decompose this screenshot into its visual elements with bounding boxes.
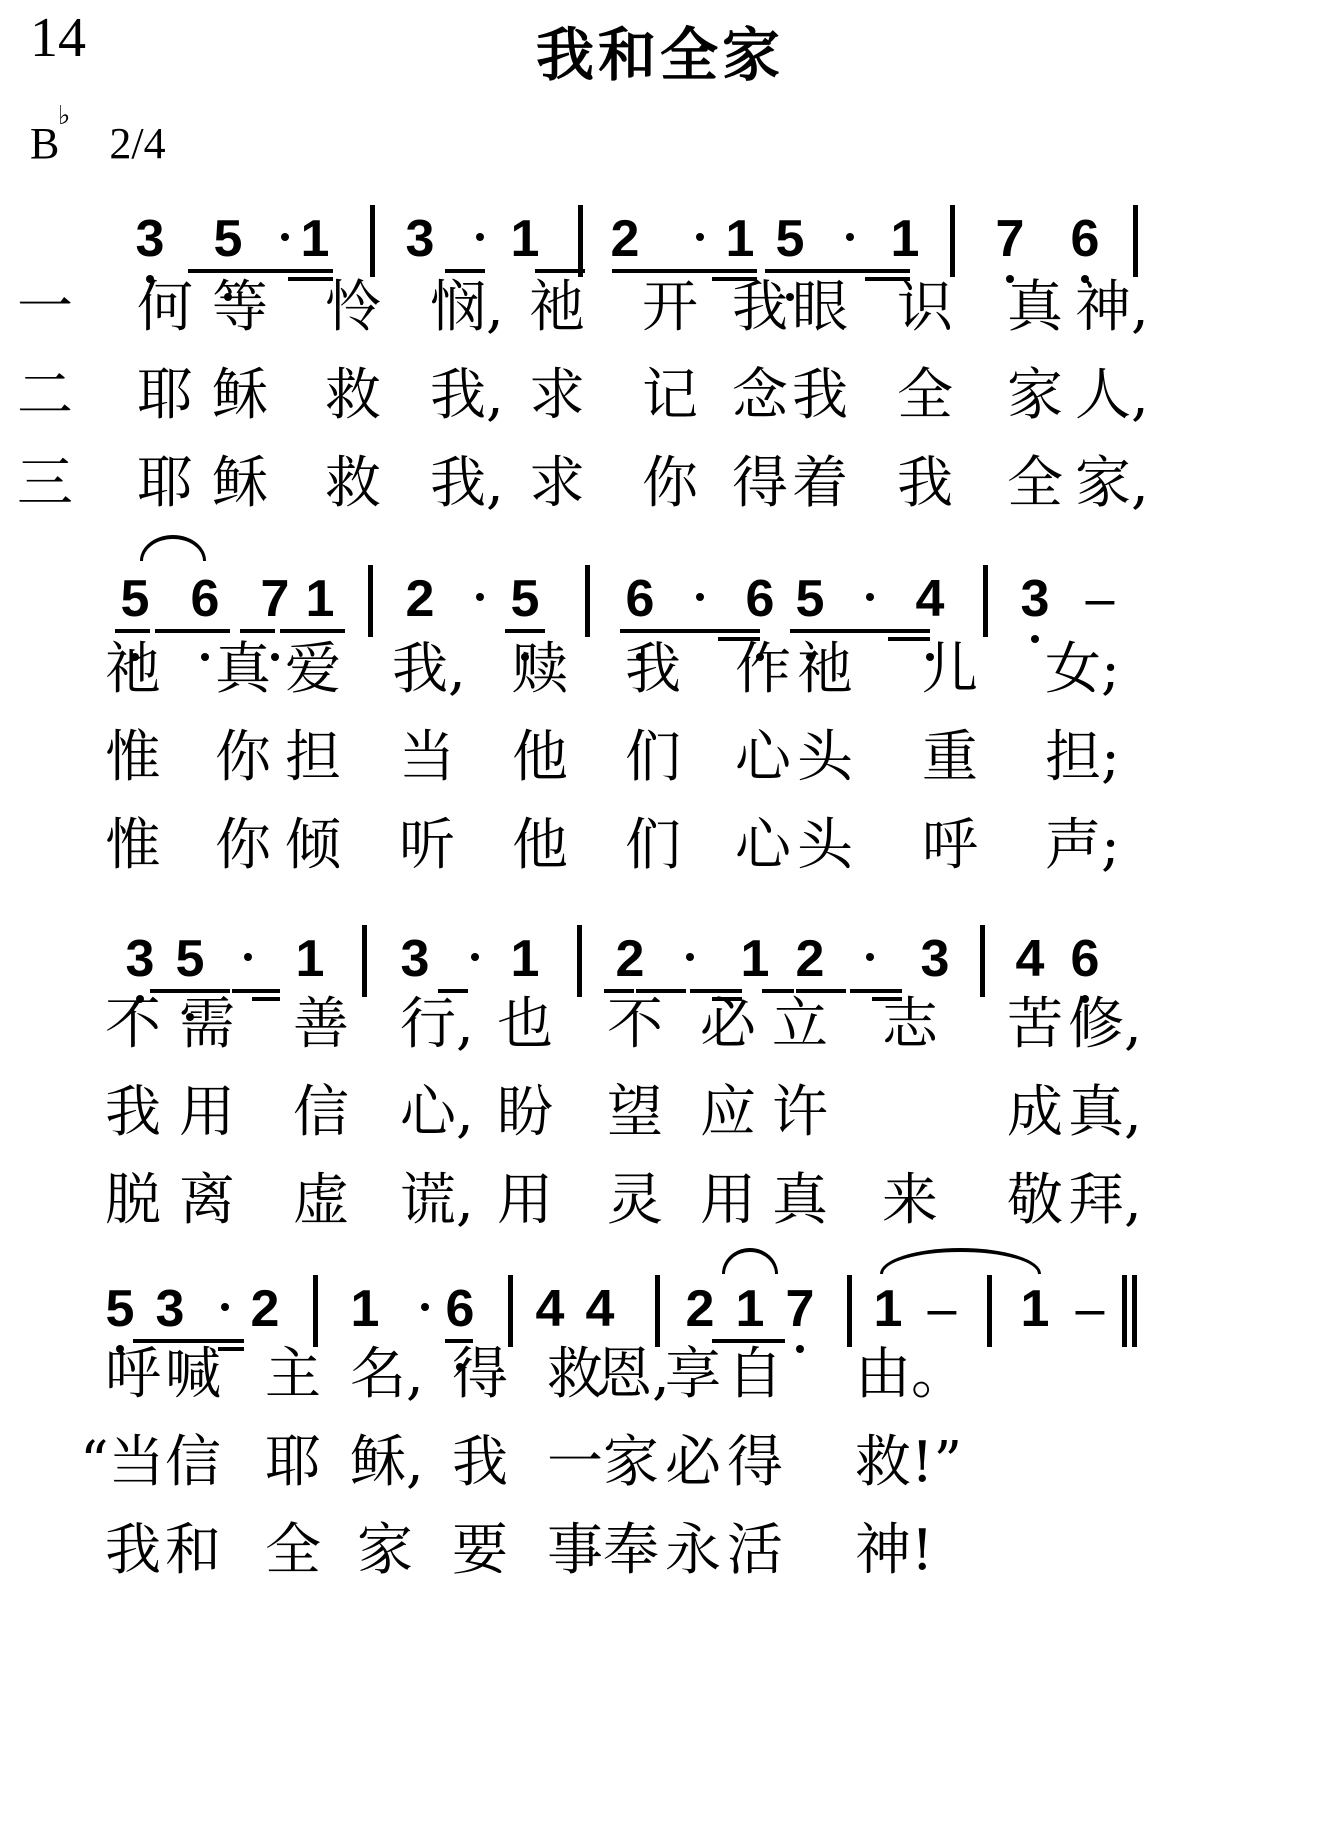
- lyric-syllable: 得: [720, 1423, 790, 1503]
- note: 7: [780, 1279, 820, 1339]
- lyric-syllable: 作: [728, 630, 798, 710]
- lyric-syllable: 呼: [915, 806, 985, 886]
- lyric-syllable: 全: [890, 356, 960, 436]
- note: 6: [620, 569, 660, 629]
- lyric-syllable: 你: [635, 444, 705, 524]
- note: 1: [300, 569, 340, 629]
- note: 4: [530, 1279, 570, 1339]
- lyric-syllable: 许: [765, 1073, 835, 1153]
- lyric-syllable: 稣: [205, 356, 275, 436]
- lyric-syllable: 眼: [785, 268, 855, 348]
- lyric-syllable: 女;: [1045, 630, 1115, 710]
- lyric-syllable: 拜,: [1068, 1161, 1138, 1241]
- lyric-syllable: 必: [693, 985, 763, 1065]
- lyric-syllable: 家: [350, 1511, 420, 1591]
- augmentation-dot: [866, 953, 874, 961]
- lyric-syllable: 我,: [392, 630, 462, 710]
- lyric-syllable: 望: [600, 1073, 670, 1153]
- note: 1: [290, 929, 330, 989]
- note: 1: [720, 209, 760, 269]
- lyric-syllable: 声;: [1045, 806, 1115, 886]
- lyric-syllable: 用: [172, 1073, 242, 1153]
- lyric-syllable: 等: [205, 268, 275, 348]
- lyric-syllable: 听: [392, 806, 462, 886]
- lyric-line: 祂真爱我,赎我作祂儿女;: [0, 630, 1320, 710]
- lyric-syllable: 用: [693, 1161, 763, 1241]
- verse-number: 三: [10, 444, 80, 524]
- note: 2: [790, 929, 830, 989]
- lyric-line: 我用信心,盼望应许成真,: [0, 1073, 1320, 1153]
- augmentation-dot: [846, 233, 854, 241]
- lyric-syllable: 家: [1000, 356, 1070, 436]
- lyric-syllable: 不: [98, 985, 168, 1065]
- sustain-dash: –: [1070, 1279, 1110, 1339]
- lyric-syllable: 记: [635, 356, 705, 436]
- lyric-syllable: 稣,: [350, 1423, 420, 1503]
- augmentation-dot: [696, 233, 704, 241]
- lyric-syllable: 成: [1000, 1073, 1070, 1153]
- note: 1: [505, 209, 545, 269]
- lyric-line: 惟你担当他们心头重担;: [0, 718, 1320, 798]
- lyric-syllable: 头: [790, 718, 860, 798]
- lyric-syllable: 惟: [98, 718, 168, 798]
- note: 1: [885, 209, 925, 269]
- lyric-syllable: 我: [890, 444, 960, 524]
- note: 1: [730, 1279, 770, 1339]
- slur-tie: [722, 1248, 778, 1274]
- note: 4: [1010, 929, 1050, 989]
- lyric-syllable: 稣: [205, 444, 275, 524]
- lyric-syllable: 来: [875, 1161, 945, 1241]
- lyric-syllable: 信: [286, 1073, 356, 1153]
- augmentation-dot: [421, 1303, 429, 1311]
- lyric-syllable: 耶: [130, 444, 200, 524]
- lyric-syllable: 神,: [1075, 268, 1145, 348]
- lyric-line: 一何等怜悯,祂开我眼识真神,: [0, 268, 1320, 348]
- lyric-syllable: 全: [1000, 444, 1070, 524]
- note: 5: [505, 569, 545, 629]
- key-and-time-signature: B♭2/4: [30, 118, 166, 169]
- lyric-syllable: 祂: [790, 630, 860, 710]
- lyric-syllable: 也: [490, 985, 560, 1065]
- note: 1: [868, 1279, 908, 1339]
- verse-number: 二: [10, 356, 80, 436]
- lyric-syllable: 谎,: [400, 1161, 470, 1241]
- barline: [950, 205, 955, 277]
- lyric-syllable: 灵: [600, 1161, 670, 1241]
- note: 3: [120, 929, 160, 989]
- lyric-syllable: 耶: [130, 356, 200, 436]
- augmentation-dot: [476, 593, 484, 601]
- augmentation-dot: [476, 233, 484, 241]
- lyric-syllable: 真: [765, 1161, 835, 1241]
- note: 2: [610, 929, 650, 989]
- lyric-syllable: 儿: [915, 630, 985, 710]
- lyric-line: 二耶稣救我,求记念我全家人,: [0, 356, 1320, 436]
- lyric-syllable: 怜: [318, 268, 388, 348]
- lyric-syllable: 心: [728, 806, 798, 886]
- augmentation-dot: [281, 233, 289, 241]
- lyric-syllable: 我: [445, 1423, 515, 1503]
- lyric-syllable: 用: [490, 1161, 560, 1241]
- flat-icon: ♭: [58, 101, 70, 131]
- note: 1: [295, 209, 335, 269]
- note: 6: [740, 569, 780, 629]
- key-signature: B♭: [30, 119, 59, 168]
- lyric-syllable: 志: [875, 985, 945, 1065]
- lyric-syllable: 惟: [98, 806, 168, 886]
- lyric-syllable: 自: [720, 1335, 790, 1415]
- lyric-syllable: 真: [208, 630, 278, 710]
- lyric-syllable: 永: [658, 1511, 728, 1591]
- song-title: 我和全家: [0, 8, 1320, 92]
- note: 5: [115, 569, 155, 629]
- note: 2: [605, 209, 645, 269]
- lyric-syllable: 担;: [1045, 718, 1115, 798]
- lyric-syllable: 救: [318, 444, 388, 524]
- lyric-syllable: 悯,: [430, 268, 500, 348]
- lyric-syllable: 当: [392, 718, 462, 798]
- lyric-syllable: 耶: [258, 1423, 328, 1503]
- note: 6: [1065, 209, 1105, 269]
- lyric-syllable: 爱: [278, 630, 348, 710]
- note: 4: [910, 569, 950, 629]
- lyric-syllable: 着: [785, 444, 855, 524]
- lyric-syllable: 真: [1000, 268, 1070, 348]
- lyric-line: 不需善行,也不必立志苦修,: [0, 985, 1320, 1065]
- note: 2: [245, 1279, 285, 1339]
- lyric-syllable: 脱: [98, 1161, 168, 1241]
- lyric-syllable: 们: [618, 718, 688, 798]
- lyric-syllable: 我,: [430, 356, 500, 436]
- lyric-syllable: 头: [790, 806, 860, 886]
- note: 1: [735, 929, 775, 989]
- lyric-line: 三耶稣救我,求你得着我全家,: [0, 444, 1320, 524]
- lyric-syllable: 担: [278, 718, 348, 798]
- note: 3: [400, 209, 440, 269]
- lyric-syllable: 虚: [286, 1161, 356, 1241]
- lyric-syllable: 和: [158, 1511, 228, 1591]
- lyric-syllable: 恩,: [596, 1335, 666, 1415]
- note: 1: [505, 929, 545, 989]
- lyric-syllable: 识: [890, 268, 960, 348]
- note: 3: [150, 1279, 190, 1339]
- lyric-line: 脱离虚谎,用灵用真来敬拜,: [0, 1161, 1320, 1241]
- lyric-syllable: 必: [658, 1423, 728, 1503]
- augmentation-dot: [696, 593, 704, 601]
- slur-tie: [140, 535, 206, 561]
- lyric-syllable: 他: [505, 718, 575, 798]
- lyric-syllable: 行,: [400, 985, 470, 1065]
- lyric-syllable: 要: [445, 1511, 515, 1591]
- lyric-syllable: 们: [618, 806, 688, 886]
- lyric-syllable: 善: [286, 985, 356, 1065]
- lyric-syllable: 我,: [430, 444, 500, 524]
- lyric-syllable: 敬: [1000, 1161, 1070, 1241]
- note: 5: [790, 569, 830, 629]
- slur-tie: [880, 1248, 1041, 1274]
- barline: [578, 205, 583, 277]
- lyric-syllable: 修,: [1068, 985, 1138, 1065]
- lyric-line: 惟你倾听他们心头呼声;: [0, 806, 1320, 886]
- note: 6: [440, 1279, 480, 1339]
- lyric-syllable: 他: [505, 806, 575, 886]
- lyric-syllable: 真,: [1068, 1073, 1138, 1153]
- lyric-syllable: 名,: [350, 1335, 420, 1415]
- lyric-syllable: 需: [172, 985, 242, 1065]
- note: 4: [580, 1279, 620, 1339]
- lyric-syllable: 祂: [522, 268, 592, 348]
- sustain-dash: –: [1080, 569, 1120, 629]
- lyric-line: “当信耶稣,我一家必得救!”: [0, 1423, 1320, 1503]
- lyric-syllable: 你: [208, 718, 278, 798]
- lyric-syllable: 主: [258, 1335, 328, 1415]
- barline: [370, 205, 375, 277]
- augmentation-dot: [471, 953, 479, 961]
- lyric-syllable: 活: [720, 1511, 790, 1591]
- augmentation-dot: [221, 1303, 229, 1311]
- lyric-syllable: 我: [785, 356, 855, 436]
- lyric-syllable: 心: [728, 718, 798, 798]
- lyric-syllable: 赎: [505, 630, 575, 710]
- lyric-syllable: 不: [600, 985, 670, 1065]
- lyric-syllable: 喊: [158, 1335, 228, 1415]
- lyric-syllable: 由。: [855, 1335, 925, 1415]
- lyric-syllable: 得: [445, 1335, 515, 1415]
- barline: [1133, 205, 1138, 277]
- note: 3: [130, 209, 170, 269]
- lyric-syllable: “当: [80, 1423, 150, 1503]
- lyric-syllable: 救: [318, 356, 388, 436]
- lyric-syllable: 全: [258, 1511, 328, 1591]
- barline: [368, 565, 373, 637]
- lyric-syllable: 家,: [1075, 444, 1145, 524]
- lyric-line: 我和全家要事奉永活神!: [0, 1511, 1320, 1591]
- note: 3: [915, 929, 955, 989]
- lyric-syllable: 应: [693, 1073, 763, 1153]
- note: 7: [990, 209, 1030, 269]
- augmentation-dot: [866, 593, 874, 601]
- sustain-dash: –: [922, 1279, 962, 1339]
- lyric-syllable: 离: [172, 1161, 242, 1241]
- note: 6: [1065, 929, 1105, 989]
- lyric-syllable: 倾: [278, 806, 348, 886]
- lyric-syllable: 何: [130, 268, 200, 348]
- note: 3: [395, 929, 435, 989]
- note: 3: [1015, 569, 1055, 629]
- lyric-syllable: 救!”: [855, 1423, 925, 1503]
- lyric-syllable: 我: [618, 630, 688, 710]
- lyric-syllable: 心,: [400, 1073, 470, 1153]
- note: 5: [770, 209, 810, 269]
- lyric-syllable: 信: [158, 1423, 228, 1503]
- note: 5: [100, 1279, 140, 1339]
- barline: [585, 565, 590, 637]
- lyric-syllable: 求: [522, 444, 592, 524]
- barline: [983, 565, 988, 637]
- note: 5: [170, 929, 210, 989]
- lyric-syllable: 享: [658, 1335, 728, 1415]
- lyric-syllable: 苦: [1000, 985, 1070, 1065]
- lyric-syllable: 我: [98, 1073, 168, 1153]
- lyric-syllable: 家: [596, 1423, 666, 1503]
- lyric-syllable: 祂: [98, 630, 168, 710]
- augmentation-dot: [244, 953, 252, 961]
- time-signature: 2/4: [109, 119, 165, 168]
- note: 1: [1015, 1279, 1055, 1339]
- lyric-syllable: 重: [915, 718, 985, 798]
- lyric-line: 呼喊主名,得救恩,享自由。: [0, 1335, 1320, 1415]
- verse-number: 一: [10, 268, 80, 348]
- note: 1: [345, 1279, 385, 1339]
- lyric-syllable: 求: [522, 356, 592, 436]
- lyric-syllable: 盼: [490, 1073, 560, 1153]
- note: 2: [400, 569, 440, 629]
- lyric-syllable: 立: [765, 985, 835, 1065]
- note: 7: [255, 569, 295, 629]
- lyric-syllable: 开: [635, 268, 705, 348]
- lyric-syllable: 人,: [1075, 356, 1145, 436]
- note: 6: [185, 569, 225, 629]
- note: 2: [680, 1279, 720, 1339]
- note: 5: [208, 209, 248, 269]
- augmentation-dot: [686, 953, 694, 961]
- lyric-syllable: 你: [208, 806, 278, 886]
- lyric-syllable: 奉: [596, 1511, 666, 1591]
- lyric-syllable: 神!: [855, 1511, 925, 1591]
